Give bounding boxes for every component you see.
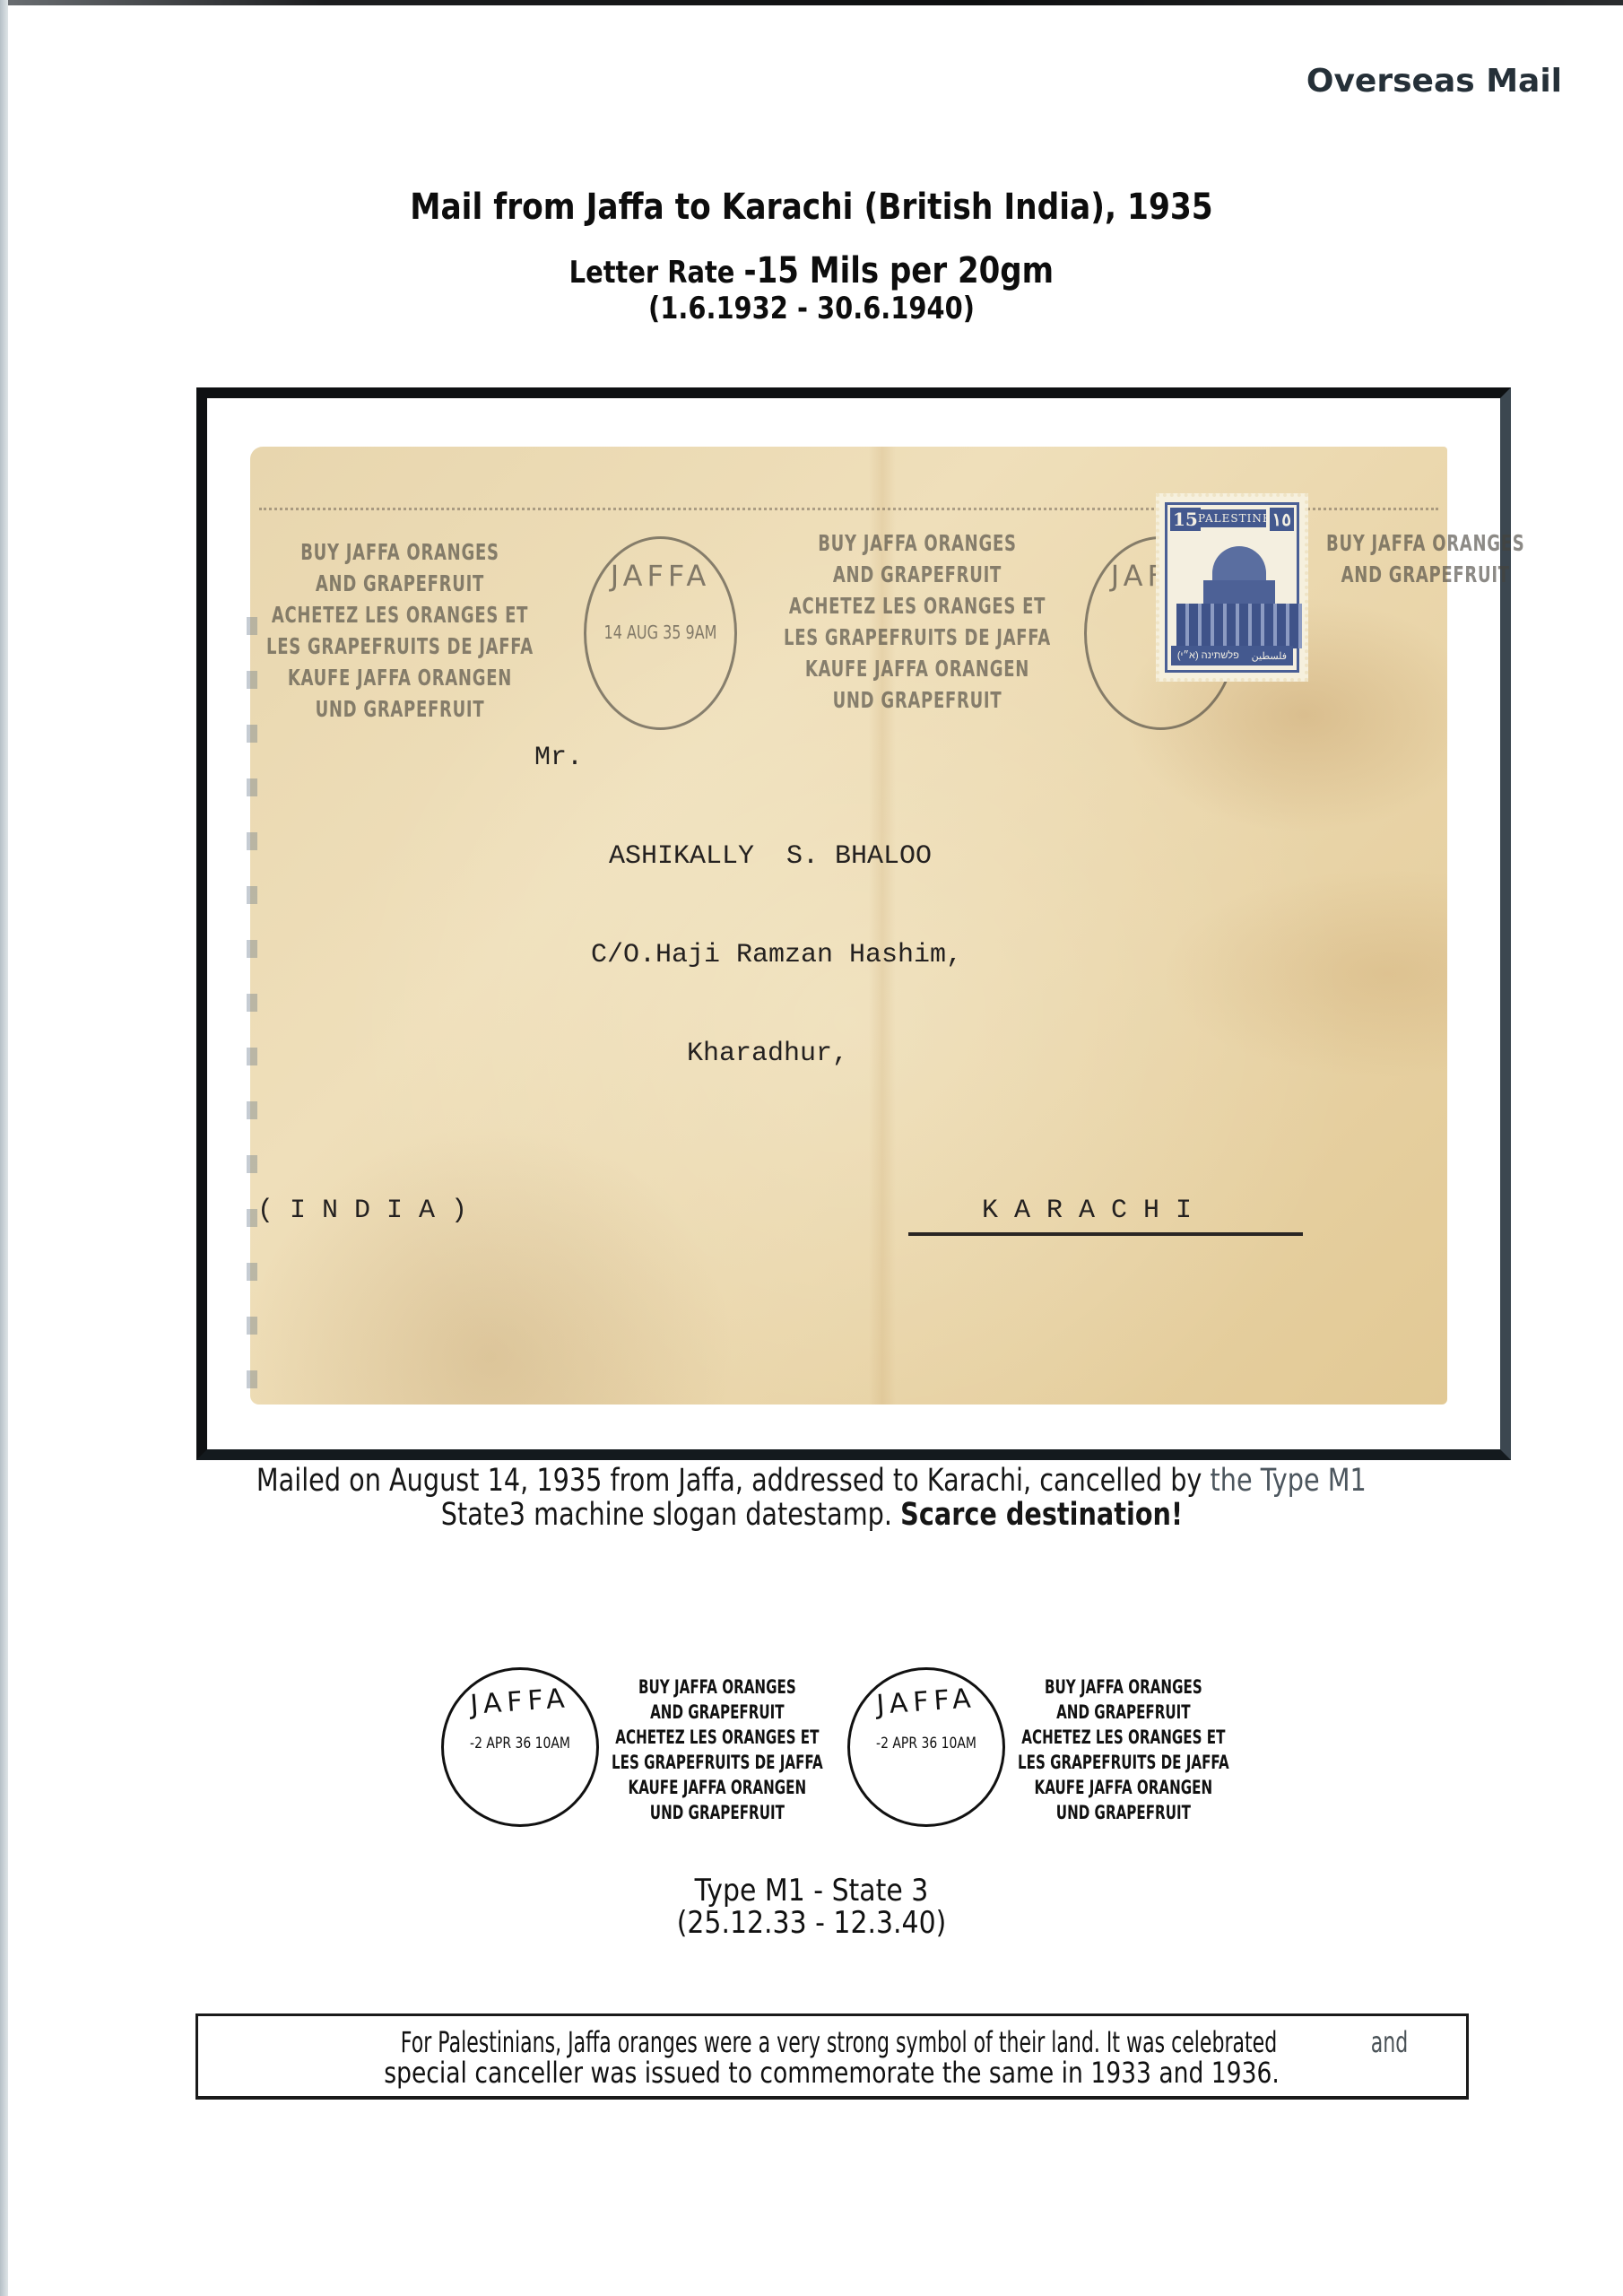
- stamp-hebrew: פלשתינה (א״י): [1177, 650, 1239, 661]
- slogan-line: LES GRAPEFRUITS DE JAFFA: [266, 631, 534, 662]
- caption-line-1: Mailed on August 14, 1935 from Jaffa, ad…: [256, 1464, 1367, 1498]
- slogan-line: ACHETEZ LES ORANGES ET: [784, 590, 1051, 622]
- stamp-country: PALESTINE: [1198, 509, 1266, 527]
- caption-text: Mailed on August 14, 1935 from Jaffa, ad…: [256, 1463, 1211, 1499]
- datestamp-town: JAFFA: [849, 1681, 1003, 1723]
- stamp-bottom-bar: פלשתינה (א״י) فلسطين: [1171, 646, 1293, 665]
- page-title: Mail from Jaffa to Karachi (British Indi…: [114, 187, 1510, 228]
- rate-prefix: Letter Rate: [569, 255, 744, 291]
- torn-edge: [247, 581, 257, 1388]
- address-country: ( I N D I A ): [257, 1196, 467, 1226]
- stamp-building: [1176, 604, 1302, 648]
- slogan-line: ACHETEZ LES ORANGES ET: [612, 1725, 823, 1750]
- address-name: ASHIKALLY S. BHALOO: [609, 841, 932, 872]
- slogan-line: AND GRAPEFRUIT: [1326, 559, 1524, 590]
- cover-frame: BUY JAFFA ORANGES AND GRAPEFRUIT ACHETEZ…: [196, 387, 1511, 1460]
- slogan-line: ACHETEZ LES ORANGES ET: [266, 599, 534, 631]
- caption-emphasis: Scarce destination!: [900, 1497, 1183, 1533]
- slogan-block: BUY JAFFA ORANGES AND GRAPEFRUIT ACHETEZ…: [1018, 1674, 1229, 1825]
- slogan-line: KAUFE JAFFA ORANGEN: [784, 653, 1051, 684]
- stamp-drum: [1203, 580, 1275, 604]
- slogan-line: AND GRAPEFRUIT: [266, 568, 534, 599]
- rate-period: (1.6.1932 - 30.6.1940): [122, 293, 1502, 324]
- datestamp-circle: JAFFA -2 APR 36 10AM: [441, 1667, 599, 1827]
- slogan-line: BUY JAFFA ORANGES: [266, 536, 534, 568]
- note-line-1: For Palestinians, Jaffa oranges were a v…: [311, 2027, 1412, 2057]
- stamp-value-arabic: ١٥: [1270, 508, 1294, 531]
- slogan-line: KAUFE JAFFA ORANGEN: [1018, 1775, 1229, 1800]
- address-locality: Kharadhur,: [687, 1039, 848, 1069]
- slogan-line: BUY JAFFA ORANGES: [1326, 527, 1524, 559]
- address-city: K A R A C H I: [982, 1196, 1192, 1226]
- scan-left-edge: [0, 0, 8, 2296]
- city-underline: [908, 1232, 1303, 1236]
- slogan-line: BUY JAFFA ORANGES: [612, 1674, 823, 1700]
- address-salutation: Mr.: [534, 743, 583, 773]
- caption-type-ref: the Type M1: [1211, 1463, 1367, 1499]
- postmark-town: JAFFA: [586, 559, 734, 593]
- section-label: Overseas Mail: [1306, 63, 1562, 100]
- slogan-cancel-right: BUY JAFFA ORANGES AND GRAPEFRUIT: [1326, 527, 1524, 590]
- cover-caption: Mailed on August 14, 1935 from Jaffa, ad…: [0, 1464, 1623, 1532]
- note-line-2: special canceller was issued to commemor…: [385, 2057, 1280, 2088]
- caption-line-2: State3 machine slogan datestamp. Scarce …: [440, 1498, 1182, 1532]
- slogan-line: ACHETEZ LES ORANGES ET: [1018, 1725, 1229, 1750]
- slogan-line: AND GRAPEFRUIT: [1018, 1700, 1229, 1725]
- slogan-line: BUY JAFFA ORANGES: [1018, 1674, 1229, 1700]
- slogan-line: LES GRAPEFRUITS DE JAFFA: [612, 1750, 823, 1775]
- scan-top-edge: [0, 0, 1623, 5]
- slogan-line: UND GRAPEFRUIT: [784, 684, 1051, 716]
- datestamp-date: -2 APR 36 10AM: [457, 1735, 582, 1752]
- type-name: Type M1 - State 3: [98, 1874, 1526, 1907]
- slogan-block: BUY JAFFA ORANGES AND GRAPEFRUIT ACHETEZ…: [612, 1674, 823, 1825]
- slogan-line: LES GRAPEFRUITS DE JAFFA: [1018, 1750, 1229, 1775]
- envelope-cover: BUY JAFFA ORANGES AND GRAPEFRUIT ACHETEZ…: [250, 447, 1447, 1405]
- datestamp-date: -2 APR 36 10AM: [864, 1735, 988, 1752]
- note-text-faded: and: [1371, 2027, 1408, 2057]
- rate-line: Letter Rate -15 Mils per 20gm: [569, 256, 1054, 288]
- stamp-arabic: فلسطين: [1252, 650, 1287, 662]
- type-label: Type M1 - State 3 (25.12.33 - 12.3.40): [0, 1874, 1623, 1939]
- letter-rate: Letter Rate -15 Mils per 20gm (1.6.1932 …: [0, 256, 1623, 324]
- type-period: (25.12.33 - 12.3.40): [98, 1907, 1526, 1939]
- address-care-of: C/O.Haji Ramzan Hashim,: [591, 940, 962, 970]
- postmark-date: 14 AUG 35 9AM: [602, 622, 720, 643]
- note-box: For Palestinians, Jaffa oranges were a v…: [195, 2013, 1469, 2100]
- datestamp-town: JAFFA: [443, 1681, 597, 1723]
- caption-text: State3 machine slogan datestamp.: [440, 1497, 899, 1533]
- slogan-cancel-middle: BUY JAFFA ORANGES AND GRAPEFRUIT ACHETEZ…: [784, 527, 1051, 716]
- slogan-line: KAUFE JAFFA ORANGEN: [266, 662, 534, 693]
- stamp-design: 15 PALESTINE ١٥ פלשתינה (א״י) فلسطين: [1165, 502, 1299, 673]
- slogan-line: LES GRAPEFRUITS DE JAFFA: [784, 622, 1051, 653]
- slogan-line: UND GRAPEFRUIT: [266, 693, 534, 725]
- note-text: For Palestinians, Jaffa oranges were a v…: [401, 2027, 1277, 2057]
- slogan-line: AND GRAPEFRUIT: [612, 1700, 823, 1725]
- slogan-cancel-left: BUY JAFFA ORANGES AND GRAPEFRUIT ACHETEZ…: [266, 536, 534, 725]
- dome-of-the-rock-icon: [1212, 546, 1266, 580]
- slogan-line: AND GRAPEFRUIT: [784, 559, 1051, 590]
- stamp-value: 15: [1170, 508, 1201, 531]
- postage-stamp: 15 PALESTINE ١٥ פלשתינה (א״י) فلسطين: [1156, 493, 1308, 682]
- rate-amount: -15 Mils per 20gm: [744, 250, 1055, 291]
- slogan-line: UND GRAPEFRUIT: [612, 1800, 823, 1825]
- slogan-line: BUY JAFFA ORANGES: [784, 527, 1051, 559]
- slogan-line: KAUFE JAFFA ORANGEN: [612, 1775, 823, 1800]
- datestamp-circle: JAFFA -2 APR 36 10AM: [847, 1667, 1005, 1827]
- slogan-line: UND GRAPEFRUIT: [1018, 1800, 1229, 1825]
- postmark-circle: JAFFA 14 AUG 35 9AM: [584, 536, 737, 730]
